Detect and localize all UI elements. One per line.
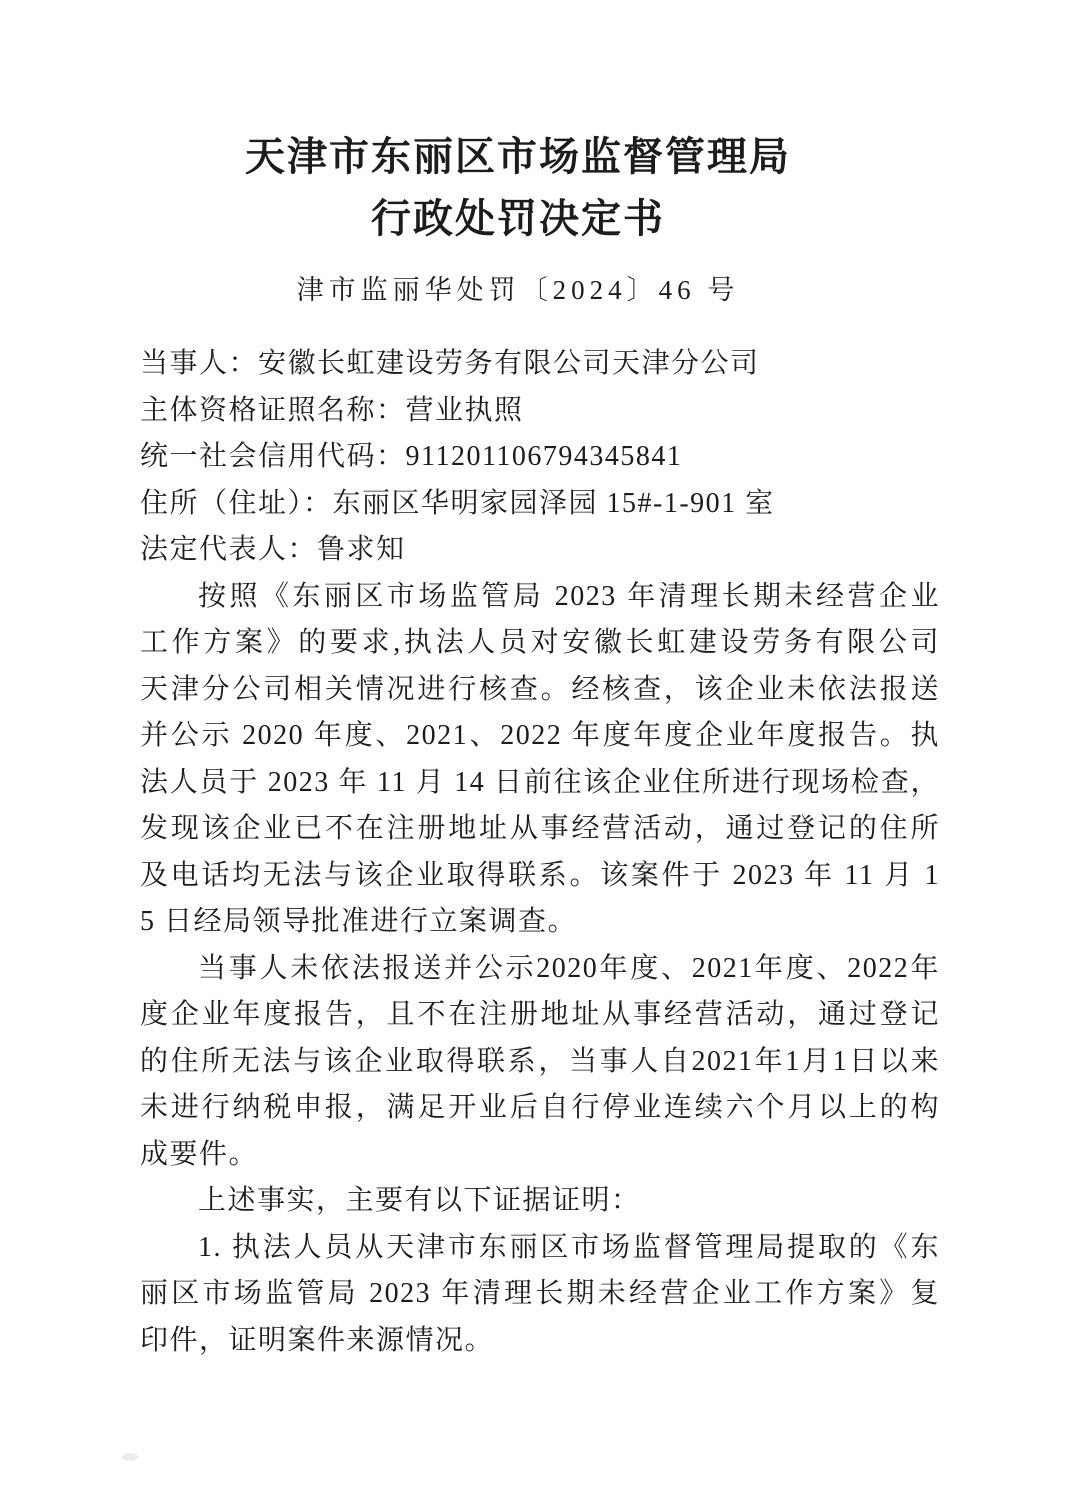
document-text-line: 法定代表人：鲁求知 (140, 527, 940, 574)
document-text-line: 发现该企业已不在注册地址从事经营活动，通过登记的住所 (140, 806, 940, 853)
document-number: 津市监丽华处罚〔2024〕46 号 (118, 270, 918, 310)
document-text-line: 按照《东丽区市场监管局 2023 年清理长期未经营企业 (140, 574, 940, 621)
document-text-line: 及电话均无法与该企业取得联系。该案件于 2023 年 11 月 1 (140, 853, 940, 900)
document-text-line: 法人员于 2023 年 11 月 14 日前往该企业住所进行现场检查， (140, 760, 940, 807)
document-text-line: 并公示 2020 年度、2021、2022 年度年度企业年度报告。执 (140, 713, 940, 760)
document-text-line: 1. 执法人员从天津市东丽区市场监督管理局提取的《东 (140, 1225, 940, 1272)
document-text-line: 统一社会信用代码：911201106794345841 (140, 434, 940, 481)
document-body: 当事人：安徽长虹建设劳务有限公司天津分公司主体资格证照名称：营业执照统一社会信用… (140, 341, 940, 1364)
document-title-line1: 天津市东丽区市场监督管理局 (118, 126, 918, 188)
document-text-line: 上述事实，主要有以下证据证明： (140, 1178, 940, 1225)
document-title-line2: 行政处罚决定书 (118, 188, 918, 250)
scan-smudge-artifact (122, 1453, 138, 1461)
document-text-line: 成要件。 (140, 1132, 940, 1179)
document-text-line: 住所（住址）：东丽区华明家园泽园 15#-1-901 室 (140, 481, 940, 528)
document-text-line: 的住所无法与该企业取得联系，当事人自2021年1月1日以来 (140, 1039, 940, 1086)
document-text-line: 5 日经局领导批准进行立案调查。 (140, 899, 940, 946)
document-text-line: 工作方案》的要求,执法人员对安徽长虹建设劳务有限公司 (140, 620, 940, 667)
document-text-line: 天津分公司相关情况进行核查。经核查，该企业未依法报送 (140, 667, 940, 714)
document-text-line: 未进行纳税申报，满足开业后自行停业连续六个月以上的构 (140, 1085, 940, 1132)
scanned-document-page: 天津市东丽区市场监督管理局 行政处罚决定书 津市监丽华处罚〔2024〕46 号 … (0, 0, 1077, 1511)
document-text-line: 当事人未依法报送并公示2020年度、2021年度、2022年 (140, 946, 940, 993)
document-text-line: 当事人：安徽长虹建设劳务有限公司天津分公司 (140, 341, 940, 388)
document-text-line: 丽区市场监管局 2023 年清理长期未经营企业工作方案》复 (140, 1271, 940, 1318)
document-title: 天津市东丽区市场监督管理局 行政处罚决定书 (118, 126, 918, 250)
document-text-line: 印件，证明案件来源情况。 (140, 1318, 940, 1365)
document-text-line: 度企业年度报告，且不在注册地址从事经营活动，通过登记 (140, 992, 940, 1039)
document-text-line: 主体资格证照名称：营业执照 (140, 388, 940, 435)
